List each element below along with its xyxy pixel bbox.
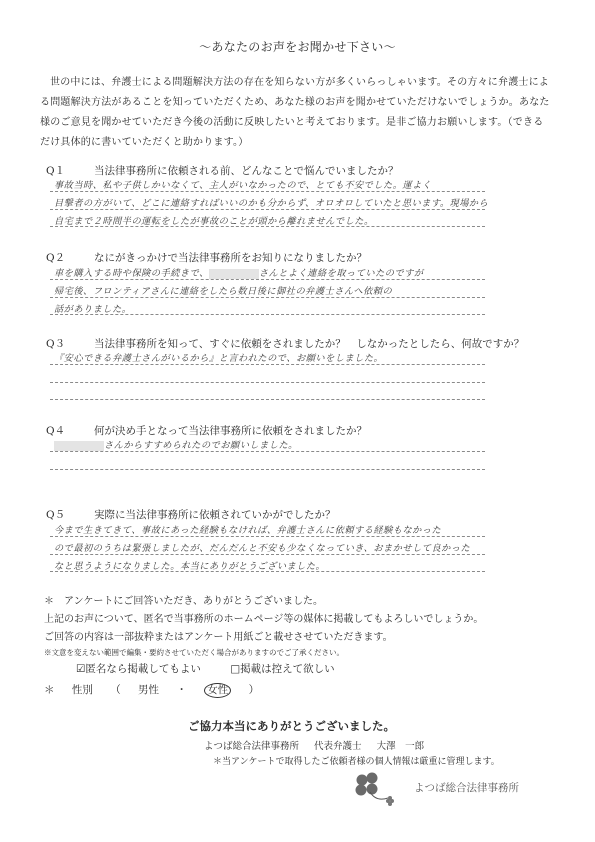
answer-line bbox=[50, 571, 485, 572]
consent-options: ☑匿名なら掲載してもよい □掲載は控えて欲しい bbox=[76, 661, 361, 676]
question-1: Q１当法律事務所に依頼される前、どんなことで悩んでいましたか？ bbox=[46, 163, 399, 178]
answer-line bbox=[50, 554, 485, 555]
clover-icon bbox=[352, 770, 412, 810]
question-number: Q３ bbox=[46, 336, 94, 351]
answer-4-line-1: さんからすすめられたのでお願いしました。 bbox=[54, 437, 494, 451]
notice-excerpt: ご回答の内容は一部抜粋またはアンケート用紙ごと載せさせていただきます。 bbox=[44, 628, 393, 647]
answer-line bbox=[50, 382, 485, 383]
question-text: 何が決め手となって当法律事務所に依頼をされましたか？ bbox=[94, 425, 367, 437]
answer-5-line-1: 今まで生きてきて、事故にあった経験もなければ、弁護士さんに依頼する経験もなかった bbox=[54, 522, 494, 536]
question-text: 実際に当法律事務所に依頼されていかがでしたか？ bbox=[94, 509, 336, 521]
paren-close: ） bbox=[249, 684, 260, 696]
answer-1-line-1: 事故当時、私や子供しかいなくて、主人がいなかったので、とても不安でした。運よく bbox=[54, 177, 494, 191]
answer-2-line-3: 話がありました。 bbox=[54, 301, 494, 315]
answer-line bbox=[50, 314, 485, 315]
answer-line bbox=[50, 399, 485, 400]
answer-line bbox=[50, 451, 485, 452]
question-text: 当法律事務所に依頼される前、どんなことで悩んでいましたか？ bbox=[94, 165, 399, 177]
question-3: Q３当法律事務所を知って、すぐに依頼をされましたか？ しなかったとしたら、何故で… bbox=[46, 336, 524, 351]
notice-thanks: ＊ アンケートにご回答いただき、ありがとうございました。 bbox=[44, 592, 323, 611]
answer-1-line-2: 目撃者の方がいて、どこに連絡すればいいのかも分からず、オロオロしていたと思います… bbox=[54, 195, 494, 209]
question-2: Q２なにがきっかけで当法律事務所をお知りになりましたか？ bbox=[46, 250, 367, 265]
answer-line bbox=[50, 209, 485, 210]
answer-1-line-3: 自宅まで２時間半の運転をしたが事故のことが頭から離れませんでした。 bbox=[54, 213, 494, 227]
paren-open: （ bbox=[110, 684, 121, 696]
signature: よつば総合法律事務所 代表弁護士 大澤 一郎 bbox=[204, 738, 436, 752]
answer-line bbox=[50, 536, 485, 537]
asterisk: ＊ bbox=[44, 684, 55, 696]
answer-line bbox=[50, 226, 485, 227]
question-4: Q４何が決め手となって当法律事務所に依頼をされましたか？ bbox=[46, 423, 367, 438]
signer-role: 代表弁護士 bbox=[314, 741, 362, 752]
intro-paragraph: 世の中には、弁護士による問題解決方法の存在を知らない方が多くいらっしゃいます。そ… bbox=[40, 73, 552, 153]
answer-line bbox=[50, 279, 485, 280]
redacted-name bbox=[54, 441, 104, 451]
question-number: Q１ bbox=[46, 163, 94, 178]
gender-field: ＊ 性別 （ 男性 ・ 女性 ） bbox=[44, 682, 273, 698]
closing-thanks: ご協力本当にありがとうございました。 bbox=[188, 718, 395, 734]
consent-no-checkbox[interactable]: □掲載は控えて欲しい bbox=[230, 663, 334, 675]
notice-publish-question: 上記のお声について、匿名で当事務所のホームページ等の媒体に掲載してもよろしいでし… bbox=[44, 610, 483, 629]
gender-male-option[interactable]: 男性 bbox=[138, 684, 159, 696]
gender-label: 性別 bbox=[72, 684, 93, 696]
question-number: Q４ bbox=[46, 423, 94, 438]
gender-female-option[interactable]: 女性 bbox=[204, 683, 231, 698]
answer-line bbox=[50, 364, 485, 365]
answer-5-line-3: なと思うようになりました。本当にありがとうございました。 bbox=[54, 558, 494, 572]
question-number: Q２ bbox=[46, 250, 94, 265]
question-text: 当法律事務所を知って、すぐに依頼をされましたか？ しなかったとしたら、何故ですか… bbox=[94, 338, 524, 350]
answer-2-line-1: 車を購入する時や保険の手続きで、さんとよく連絡を取っていたのですが bbox=[54, 265, 494, 279]
answer-3-line-1: 『安心できる弁護士さんがいるから』と言われたので、お願いをしました。 bbox=[54, 350, 494, 364]
privacy-notice: ＊当アンケートで取得したご依頼者様の個人情報は厳重に管理します。 bbox=[213, 754, 500, 767]
question-number: Q５ bbox=[46, 507, 94, 522]
question-5: Q５実際に当法律事務所に依頼されていかがでしたか？ bbox=[46, 507, 336, 522]
logo-text: よつば総合法律事務所 bbox=[414, 780, 519, 795]
signer-name: 大澤 一郎 bbox=[377, 741, 425, 752]
firm-name: よつば総合法律事務所 bbox=[204, 741, 299, 752]
page-title: ～あなたのお声をお聞かせ下さい～ bbox=[0, 38, 595, 55]
answer-line bbox=[50, 191, 485, 192]
separator: ・ bbox=[176, 684, 187, 696]
notice-edit-disclaimer: ※文意を変えない範囲で編集・要約させていただく場合がありますのでご了承ください。 bbox=[44, 646, 344, 660]
answer-line bbox=[50, 469, 485, 470]
answer-line bbox=[50, 297, 485, 298]
question-text: なにがきっかけで当法律事務所をお知りになりましたか？ bbox=[94, 252, 367, 264]
consent-yes-checkbox[interactable]: ☑匿名なら掲載してもよい bbox=[76, 663, 201, 675]
answer-2-line-2: 帰宅後、フロンティアさんに連絡をしたら数日後に御社の弁護士さんへ依頼の bbox=[54, 283, 494, 297]
answer-5-line-2: ので最初のうちは緊張しましたが、だんだんと不安も少なくなっていき、おまかせして良… bbox=[54, 540, 494, 554]
redacted-name bbox=[209, 269, 259, 279]
